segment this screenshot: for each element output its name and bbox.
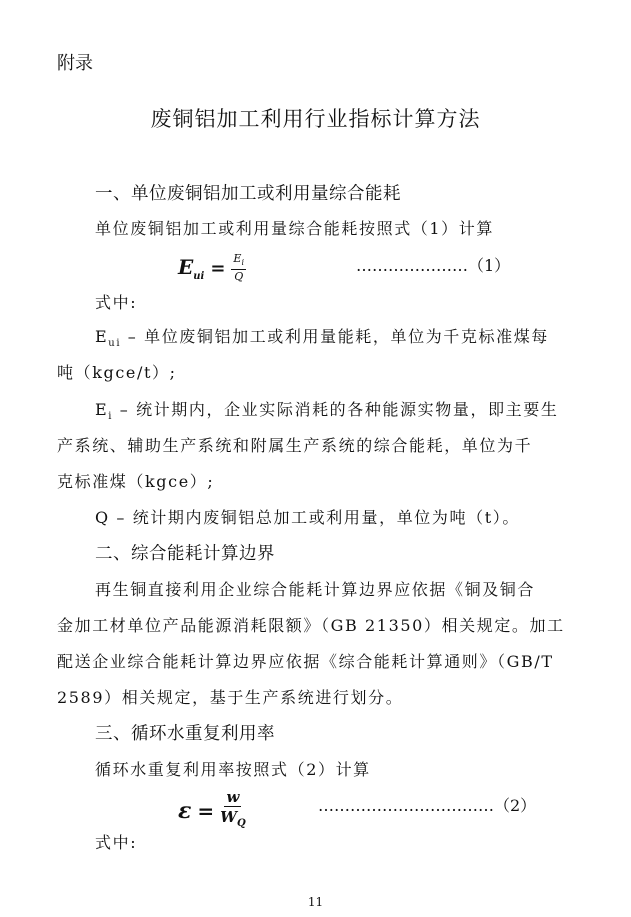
section-3-heading: 三、循环水重复利用率 [95,720,275,745]
page-number: 11 [0,895,631,909]
formula-2-number: （2） [494,796,536,815]
section-2-line-3: 配送企业综合能耗计算边界应依据《综合能耗计算通则》（GB/T [57,649,554,672]
formula-1-equals: = [210,258,225,279]
formula-1-leader: …………………（1） [356,253,510,276]
section-1-where: 式中: [95,290,137,313]
document-title: 废铜铝加工利用行业指标计算方法 [0,103,631,133]
definition-ei-cont-2: 克标准煤（kgce）; [57,469,214,492]
formula-2: ε = w WQ [178,788,246,834]
section-2-heading: 二、综合能耗计算边界 [95,540,275,565]
definition-ei: Ei – 统计期内，企业实际消耗的各种能源实物量，即主要生 [95,397,558,422]
section-2-line-1: 再生铜直接利用企业综合能耗计算边界应依据《铜及铜合 [95,577,535,600]
section-2-line-2: 金加工材单位产品能源消耗限额》（GB 21350）相关规定。加工 [57,613,565,636]
formula-1-lhs: Eui [178,255,204,282]
formula-2-fraction: w WQ [220,788,246,834]
definition-ei-cont-1: 产系统、辅助生产系统和附属生产系统的综合能耗，单位为千 [57,433,532,456]
definition-eui: Eui – 单位废铜铝加工或利用量能耗，单位为千克标准煤每 [95,324,549,349]
formula-1-number: （1） [468,256,510,275]
appendix-label: 附录 [57,49,93,75]
section-1-heading: 一、单位废铜铝加工或利用量综合能耗 [95,180,401,205]
formula-1: Eui = Ei Q [178,250,246,286]
formula-2-lhs: ε [178,798,191,824]
section-3-where: 式中: [95,830,137,853]
definition-q: Q – 统计期内废铜铝总加工或利用量，单位为吨（t）。 [95,505,520,528]
definition-eui-cont: 吨（kgce/t）; [57,360,177,383]
formula-1-fraction: Ei Q [231,253,246,283]
section-2-line-4: 2589）相关规定，基于生产系统进行划分。 [57,685,403,708]
formula-2-leader: ……………………………（2） [318,793,536,816]
section-1-intro: 单位废铜铝加工或利用量综合能耗按照式（1）计算 [95,216,494,239]
formula-2-equals: = [197,799,214,823]
section-3-intro: 循环水重复利用率按照式（2）计算 [95,757,371,780]
